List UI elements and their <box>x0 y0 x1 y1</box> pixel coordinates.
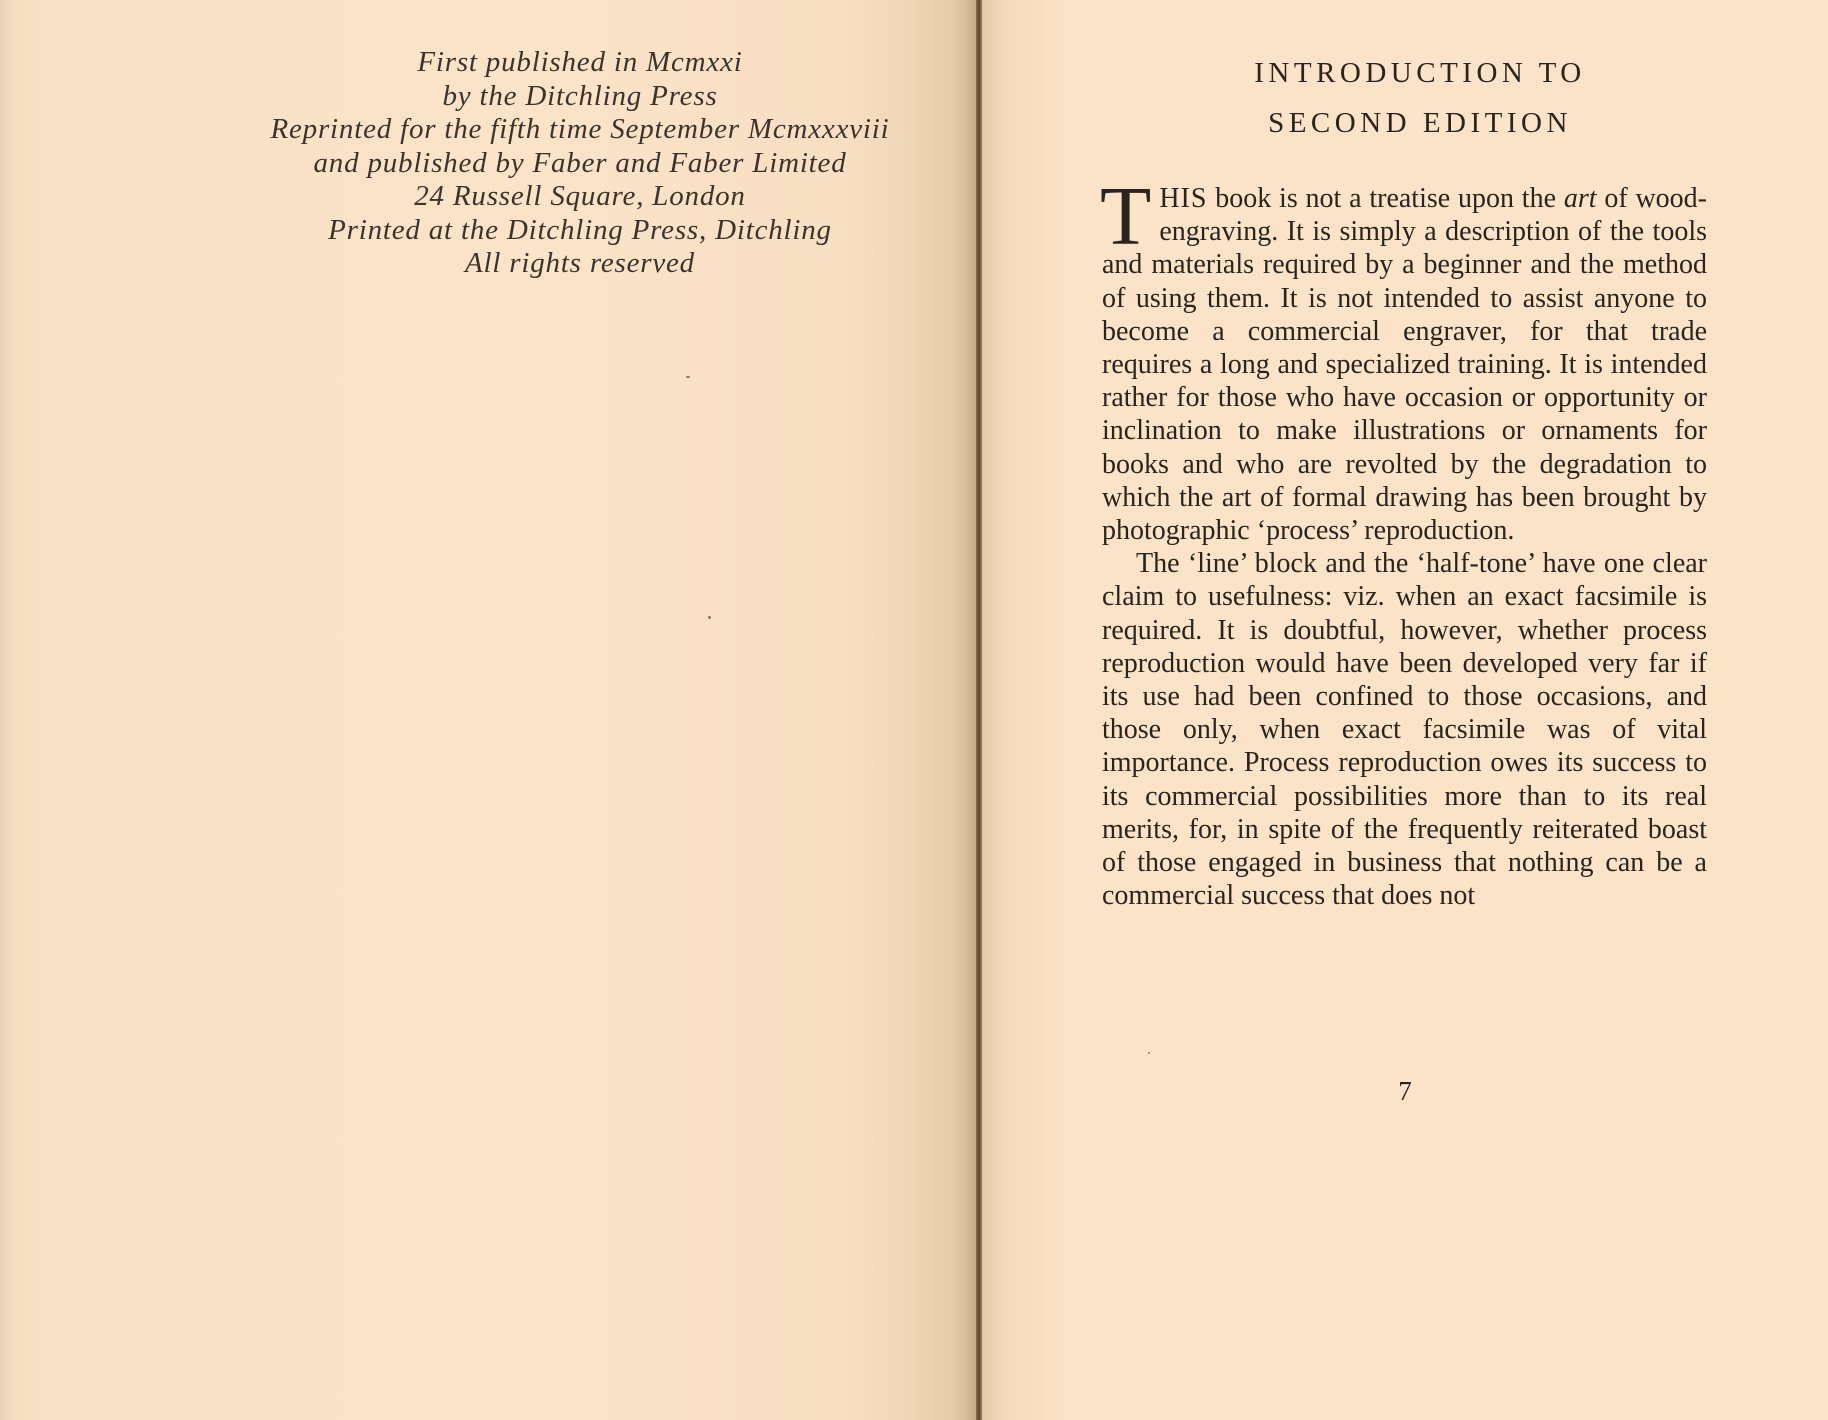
imprint-line: All rights reserved <box>220 247 940 281</box>
gutter-shadow <box>930 0 980 1420</box>
paragraph-2: The ‘line’ block and the ‘half-tone’ hav… <box>1102 547 1707 912</box>
title-line-2: SECOND EDITION <box>1080 98 1760 148</box>
paragraph-1: THIS book is not a treatise upon the art… <box>1102 182 1707 547</box>
paper-speck <box>708 616 711 619</box>
imprint-line: First published in Mcmxxi <box>220 46 940 80</box>
lead-caps: HIS <box>1159 183 1207 214</box>
paper-speck <box>686 376 690 378</box>
chapter-title: INTRODUCTION TO SECOND EDITION <box>1080 48 1760 148</box>
imprint-line: 24 Russell Square, London <box>220 180 940 214</box>
imprint-line: Reprinted for the fifth time September M… <box>220 113 940 147</box>
imprint-line: Printed at the Ditchling Press, Ditchlin… <box>220 214 940 248</box>
drop-cap: T <box>1100 186 1151 250</box>
body-text: THIS book is not a treatise upon the art… <box>1102 182 1707 912</box>
paragraph-1-text-a: book is not a treatise upon the <box>1207 183 1563 214</box>
paper-speck <box>1148 1052 1150 1054</box>
book-spread: First published in Mcmxxi by the Ditchli… <box>0 0 1828 1420</box>
left-page: First published in Mcmxxi by the Ditchli… <box>0 0 960 1420</box>
imprint-line: and published by Faber and Faber Limited <box>220 147 940 181</box>
imprint-line: by the Ditchling Press <box>220 80 940 114</box>
page-number: 7 <box>1380 1076 1430 1107</box>
imprint-block: First published in Mcmxxi by the Ditchli… <box>220 46 940 281</box>
italic-word: art <box>1564 183 1597 214</box>
paragraph-1-text-b: of wood-engraving. It is simply a descri… <box>1102 183 1707 546</box>
title-line-1: INTRODUCTION TO <box>1080 48 1760 98</box>
